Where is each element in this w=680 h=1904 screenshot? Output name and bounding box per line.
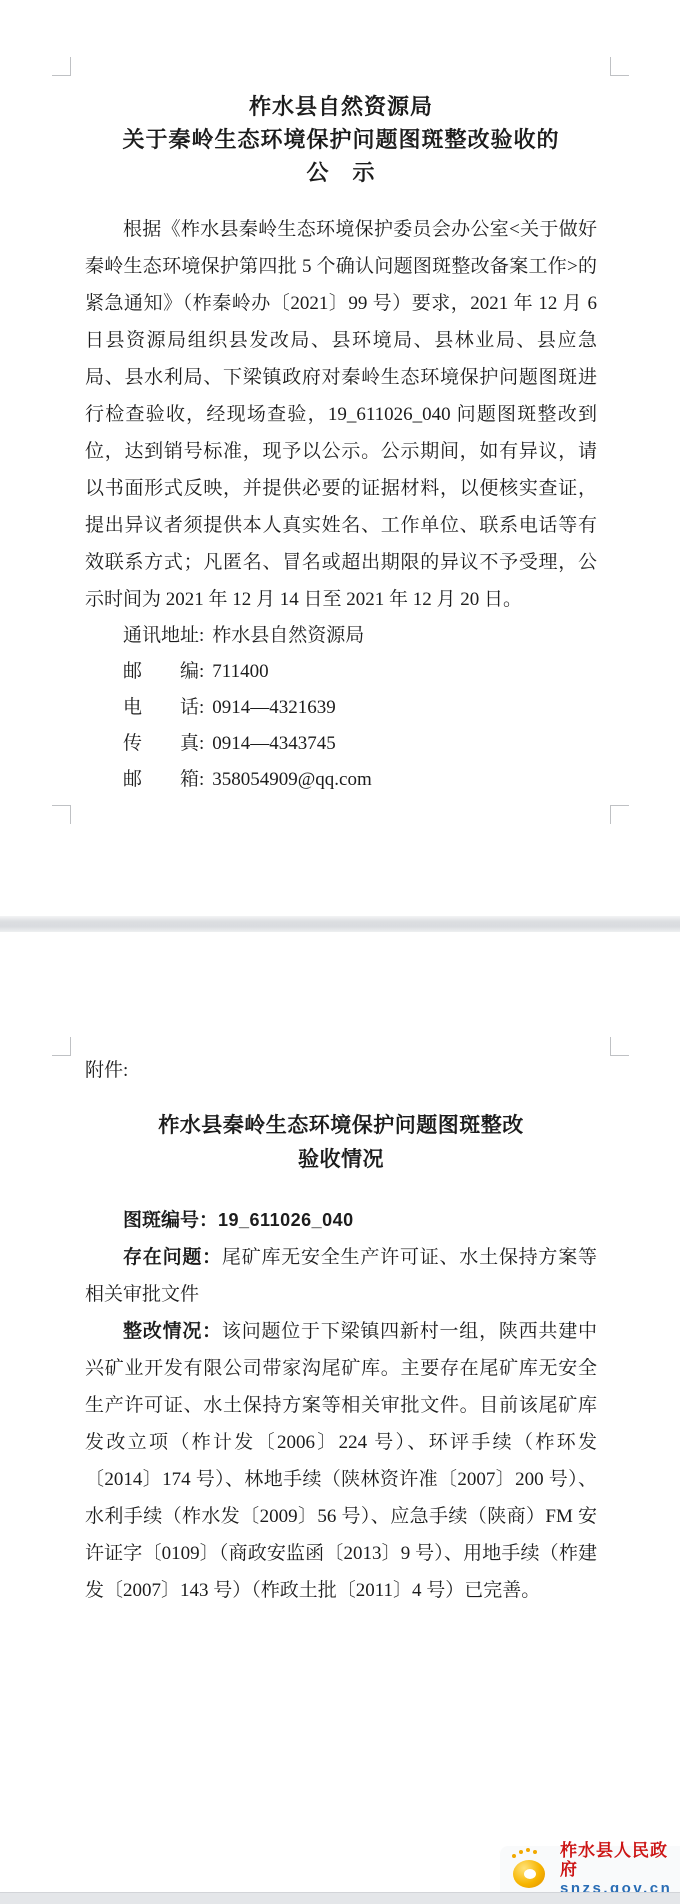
contact-email-line: 邮 箱:358054909@qq.com: [123, 762, 597, 798]
page-separator: [0, 916, 680, 932]
notice-body-paragraph: 根据《柞水县秦岭生态环境保护委员会办公室<关于做好秦岭生态环境保护第四批 5 个…: [85, 189, 597, 618]
contact-fax-value: 0914—4343745: [212, 733, 336, 754]
footprint-icon: [510, 1848, 550, 1890]
contact-phone-line: 电 话:0914—4321639: [123, 690, 597, 726]
gov-site-text: 柞水县人民政府 snzs.gov.cn: [560, 1841, 680, 1897]
text-boundary-mark: [610, 805, 629, 824]
spot-number-value: 19_611026_040: [218, 1210, 354, 1230]
gov-site-badge[interactable]: 柞水县人民政府 snzs.gov.cn: [500, 1846, 680, 1892]
text-boundary-mark: [52, 57, 71, 76]
contact-address-label: 通讯地址:: [123, 618, 204, 654]
contact-postcode-line: 邮 编:711400: [123, 654, 597, 690]
contact-info-block: 通讯地址:柞水县自然资源局 邮 编:711400 电 话:0914—432163…: [85, 618, 597, 798]
spot-number-label: 图斑编号：: [123, 1210, 218, 1231]
text-boundary-mark: [52, 805, 71, 824]
text-boundary-mark: [610, 1037, 629, 1056]
problem-label: 存在问题：: [123, 1247, 222, 1268]
attachment-label: 附件:: [85, 932, 597, 1084]
attachment-page-2: 附件: 柞水县秦岭生态环境保护问题图斑整改 验收情况 图斑编号：19_61102…: [0, 932, 680, 1892]
document-viewer: 柞水县自然资源局 关于秦岭生态环境保护问题图斑整改验收的 公 示 根据《柞水县秦…: [0, 0, 680, 1904]
contact-phone-label: 电 话:: [123, 690, 204, 726]
contact-fax-line: 传 真:0914—4343745: [123, 726, 597, 762]
attachment-title-line1: 柞水县秦岭生态环境保护问题图斑整改: [85, 1084, 597, 1142]
contact-postcode-value: 711400: [212, 661, 268, 682]
notice-title-type: 公 示: [85, 156, 597, 189]
contact-email-value: 358054909@qq.com: [212, 769, 371, 790]
attachment-title-line2: 验收情况: [85, 1142, 597, 1176]
window-bottom-strip: [0, 1892, 680, 1904]
gov-site-name: 柞水县人民政府: [560, 1841, 680, 1880]
contact-fax-label: 传 真:: [123, 726, 204, 762]
contact-postcode-label: 邮 编:: [123, 654, 204, 690]
contact-email-label: 邮 箱:: [123, 762, 204, 798]
notice-page-1: 柞水县自然资源局 关于秦岭生态环境保护问题图斑整改验收的 公 示 根据《柞水县秦…: [0, 0, 680, 916]
notice-title-agency: 柞水县自然资源局: [85, 0, 597, 123]
spot-number-line: 图斑编号：19_611026_040: [85, 1176, 597, 1239]
contact-phone-value: 0914—4321639: [212, 697, 336, 718]
contact-address-value: 柞水县自然资源局: [212, 625, 364, 646]
notice-title-subject: 关于秦岭生态环境保护问题图斑整改验收的: [85, 123, 597, 156]
text-boundary-mark: [52, 1037, 71, 1056]
text-boundary-mark: [610, 57, 629, 76]
problem-paragraph: 存在问题：尾矿库无安全生产许可证、水土保持方案等相关审批文件: [85, 1239, 597, 1313]
rectification-value: 该问题位于下梁镇四新村一组，陕西共建中兴矿业开发有限公司带家沟尾矿库。主要存在尾…: [85, 1321, 597, 1601]
contact-address-line: 通讯地址:柞水县自然资源局: [123, 618, 597, 654]
rectification-paragraph: 整改情况：该问题位于下梁镇四新村一组，陕西共建中兴矿业开发有限公司带家沟尾矿库。…: [85, 1313, 597, 1609]
rectification-label: 整改情况：: [123, 1321, 222, 1342]
